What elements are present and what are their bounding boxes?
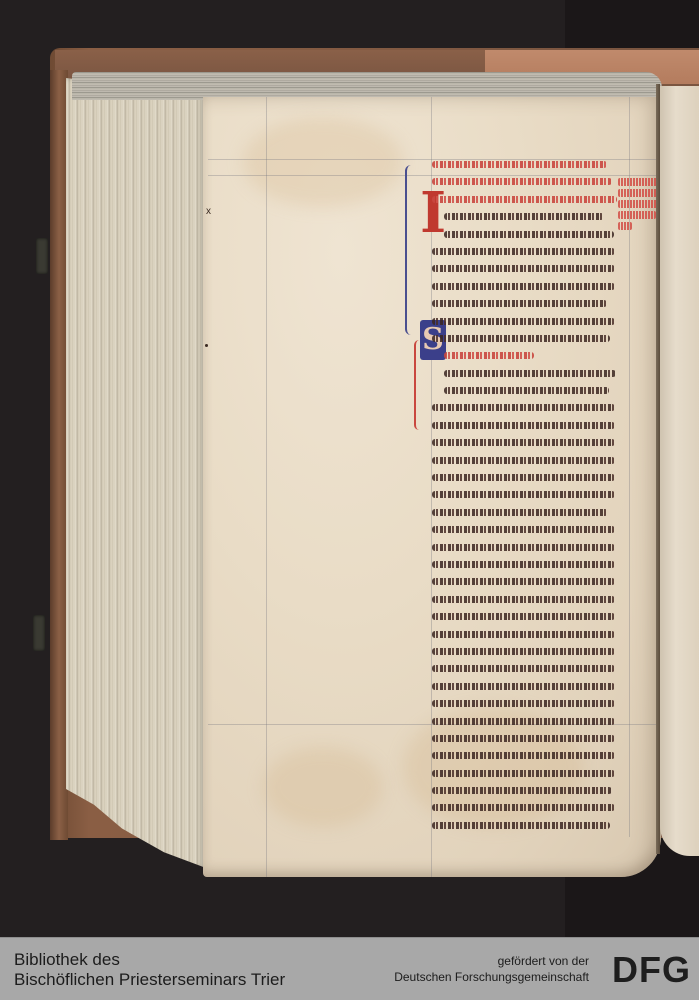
funding-line-1: gefördert von der xyxy=(394,953,589,969)
facing-page-edge xyxy=(660,86,699,856)
dfg-logo: DFG xyxy=(612,953,691,987)
manuscript-text-column xyxy=(432,158,627,836)
institution-credit: Bibliothek des Bischöflichen Priestersem… xyxy=(14,950,285,990)
footer-credits: Bibliothek des Bischöflichen Priestersem… xyxy=(0,937,699,1000)
manuscript-scan: x I S xyxy=(0,0,699,937)
page-stack-top-edge xyxy=(72,72,662,100)
clasp-icon xyxy=(36,238,48,274)
ink-dot xyxy=(205,344,208,347)
funding-credit: gefördert von der Deutschen Forschungsge… xyxy=(394,953,589,985)
rubric-margin-note xyxy=(618,178,660,233)
binding-edge xyxy=(50,70,68,840)
marginal-mark: x xyxy=(206,206,211,217)
institution-line-2: Bischöflichen Priesterseminars Trier xyxy=(14,970,285,990)
page-stack-fore-edge xyxy=(66,78,206,868)
funding-line-2: Deutschen Forschungsgemeinschaft xyxy=(394,969,589,985)
clasp-icon xyxy=(33,615,45,651)
decorative-flourish xyxy=(405,165,417,335)
institution-line-1: Bibliothek des xyxy=(14,950,285,970)
